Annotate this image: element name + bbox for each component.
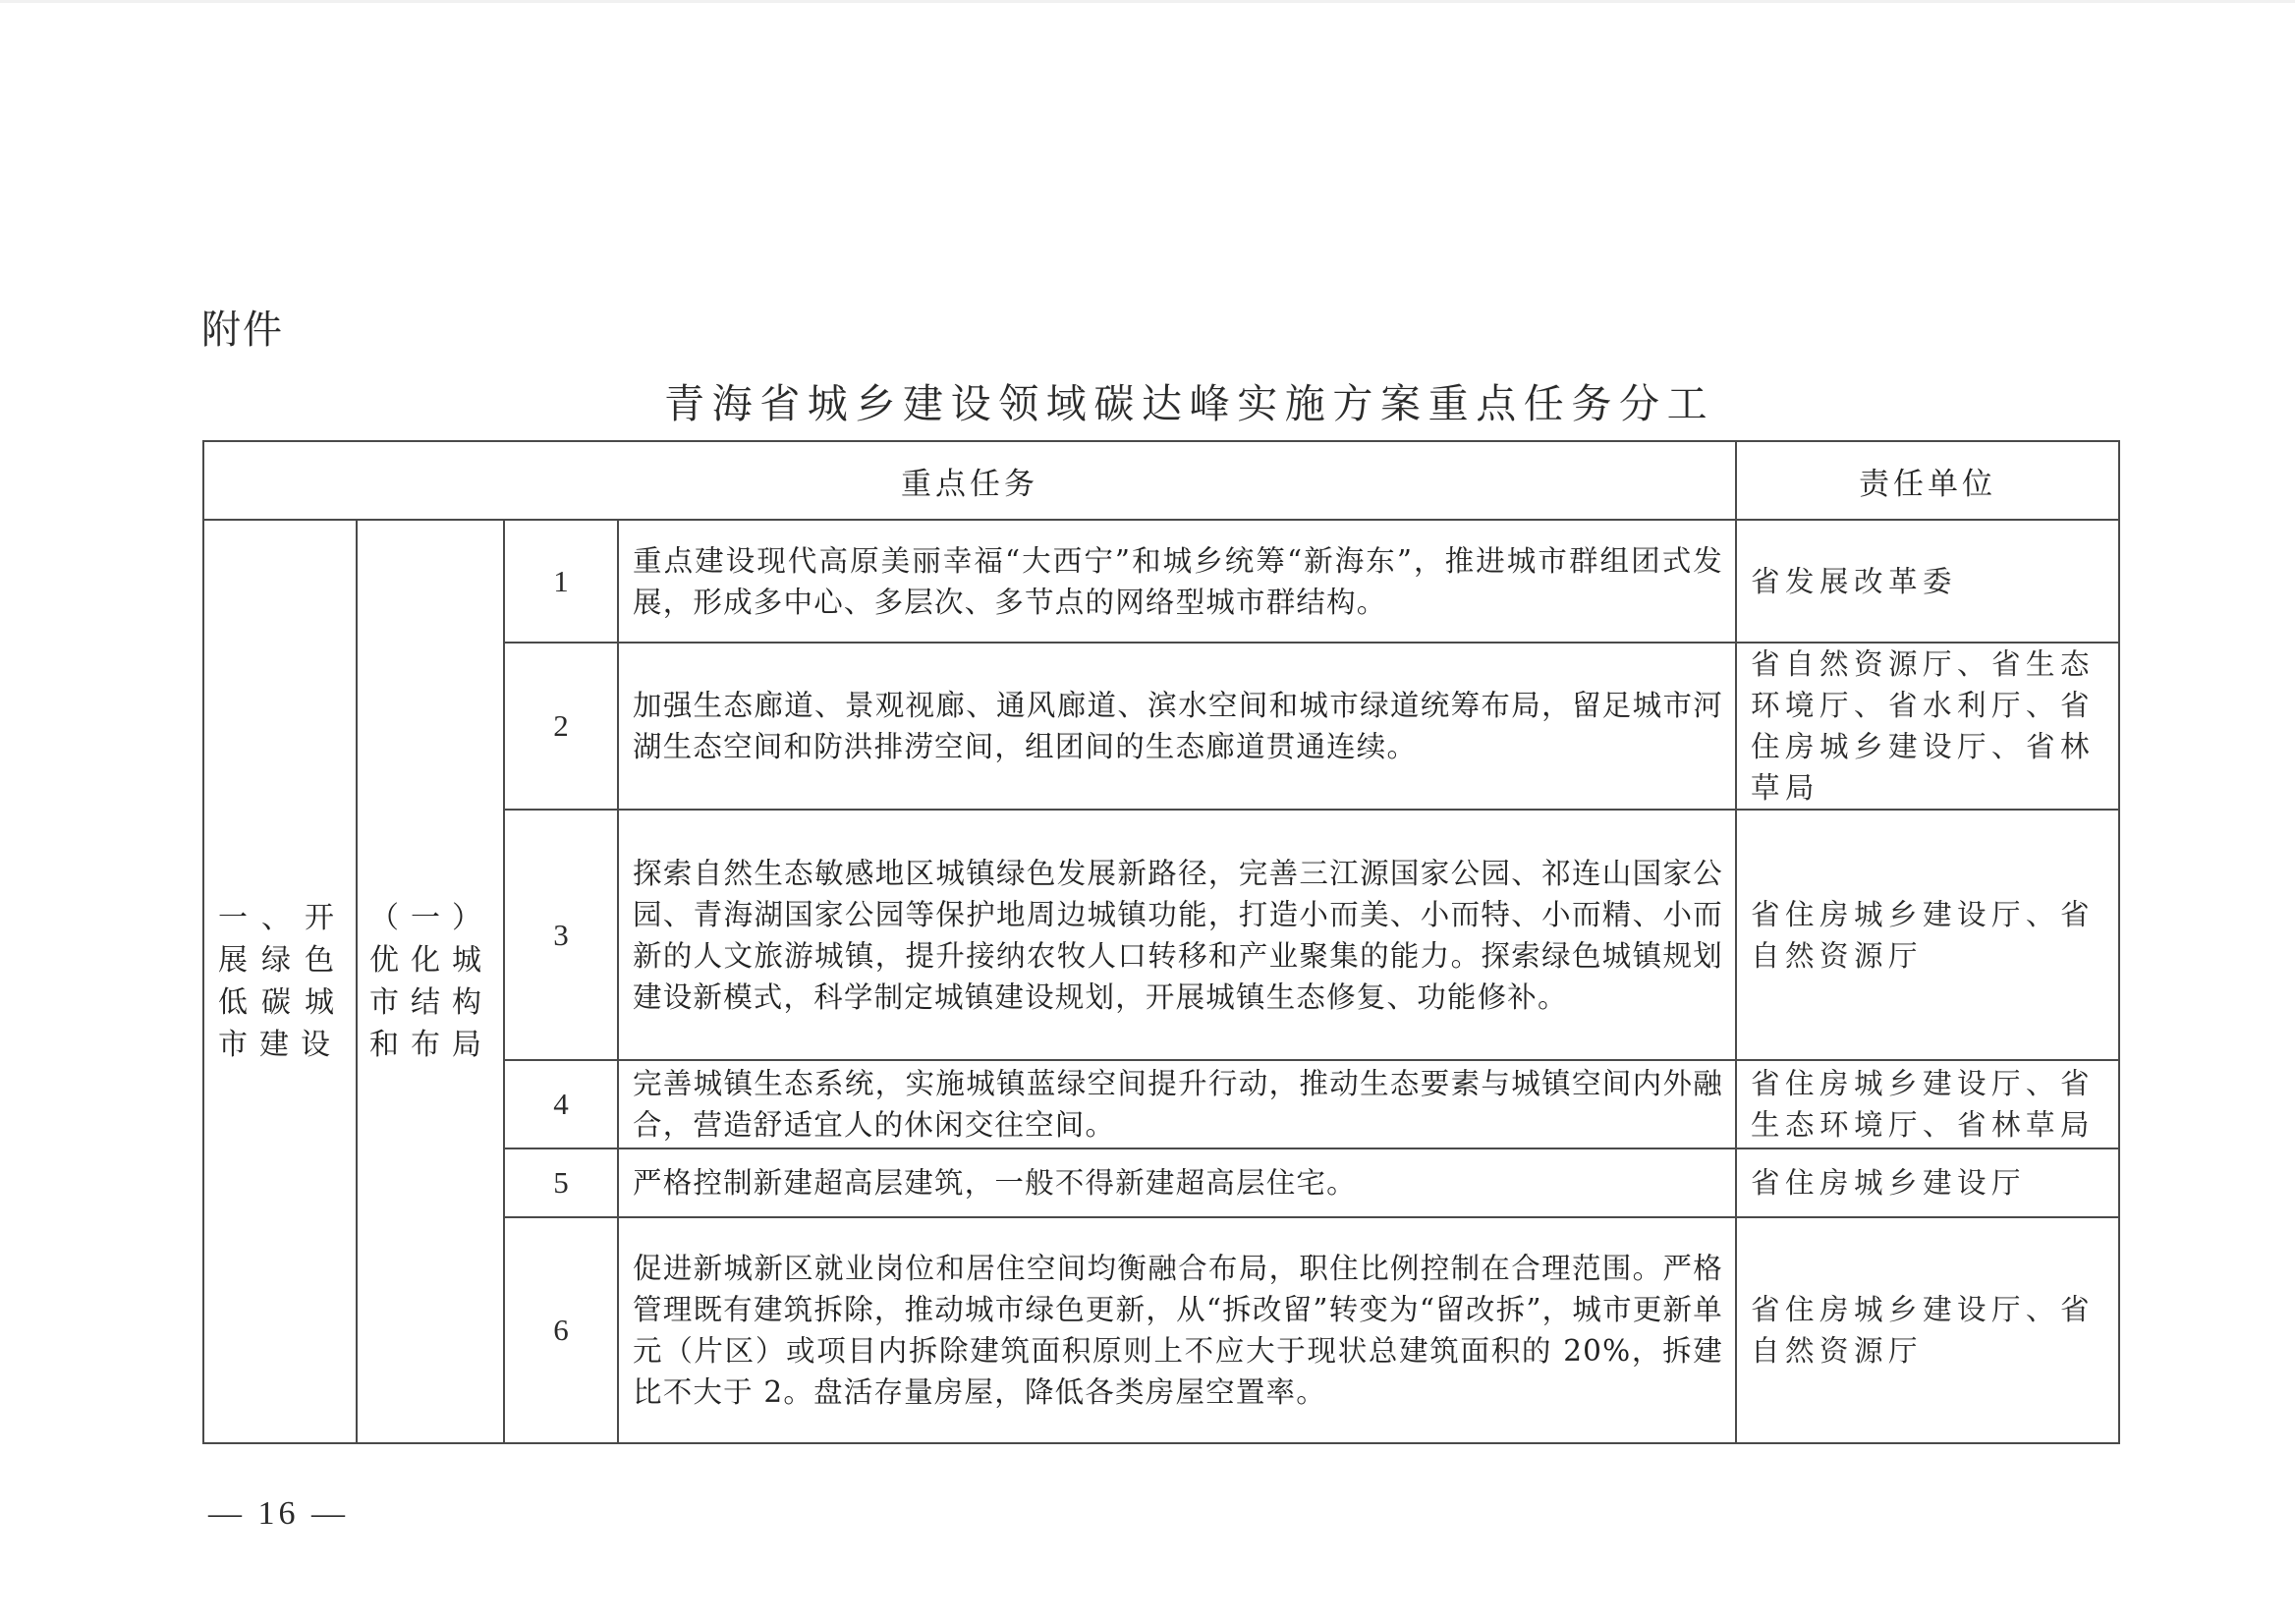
task-text: 重点建设现代高原美丽幸福“大西宁”和城乡统筹“新海东”，推进城市群组团式发展，形… xyxy=(618,520,1736,643)
responsible-unit: 省发展改革委 xyxy=(1736,520,2119,643)
task-text: 严格控制新建超高层建筑，一般不得新建超高层住宅。 xyxy=(618,1148,1736,1217)
row-number: 2 xyxy=(504,643,618,810)
category-cell: 一、开展绿色低碳城市建设 xyxy=(203,520,357,1443)
task-text: 加强生态廊道、景观视廊、通风廊道、滨水空间和城市绿道统筹布局，留足城市河湖生态空… xyxy=(618,643,1736,810)
attachment-label: 附件 xyxy=(201,299,284,355)
responsible-unit: 省住房城乡建设厅、省生态环境厅、省林草局 xyxy=(1736,1060,2119,1148)
task-text: 完善城镇生态系统，实施城镇蓝绿空间提升行动，推动生态要素与城镇空间内外融合，营造… xyxy=(618,1060,1736,1148)
row-number: 4 xyxy=(504,1060,618,1148)
task-text: 促进新城新区就业岗位和居住空间均衡融合布局，职住比例控制在合理范围。严格管理既有… xyxy=(618,1217,1736,1443)
row-number: 1 xyxy=(504,520,618,643)
row-number: 6 xyxy=(504,1217,618,1443)
header-key-tasks: 重点任务 xyxy=(203,441,1736,520)
header-responsible-unit: 责任单位 xyxy=(1736,441,2119,520)
responsible-unit: 省自然资源厅、省生态环境厅、省水利厅、省住房城乡建设厅、省林草局 xyxy=(1736,643,2119,810)
responsible-unit: 省住房城乡建设厅 xyxy=(1736,1148,2119,1217)
responsible-unit: 省住房城乡建设厅、省自然资源厅 xyxy=(1736,810,2119,1060)
row-number: 5 xyxy=(504,1148,618,1217)
page-number: — 16 — xyxy=(208,1495,349,1533)
row-number: 3 xyxy=(504,810,618,1060)
task-text: 探索自然生态敏感地区城镇绿色发展新路径，完善三江源国家公园、祁连山国家公园、青海… xyxy=(618,810,1736,1060)
table-header-row: 重点任务 责任单位 xyxy=(203,441,2119,520)
task-division-table: 重点任务 责任单位 一、开展绿色低碳城市建设 （一）优化城市结构和布局 1 重点… xyxy=(202,440,2120,1444)
page-edge xyxy=(0,0,2295,3)
responsible-unit: 省住房城乡建设厅、省自然资源厅 xyxy=(1736,1217,2119,1443)
document-title: 青海省城乡建设领域碳达峰实施方案重点任务分工 xyxy=(664,371,1647,429)
table-row: 一、开展绿色低碳城市建设 （一）优化城市结构和布局 1 重点建设现代高原美丽幸福… xyxy=(203,520,2119,643)
subcategory-cell: （一）优化城市结构和布局 xyxy=(357,520,504,1443)
